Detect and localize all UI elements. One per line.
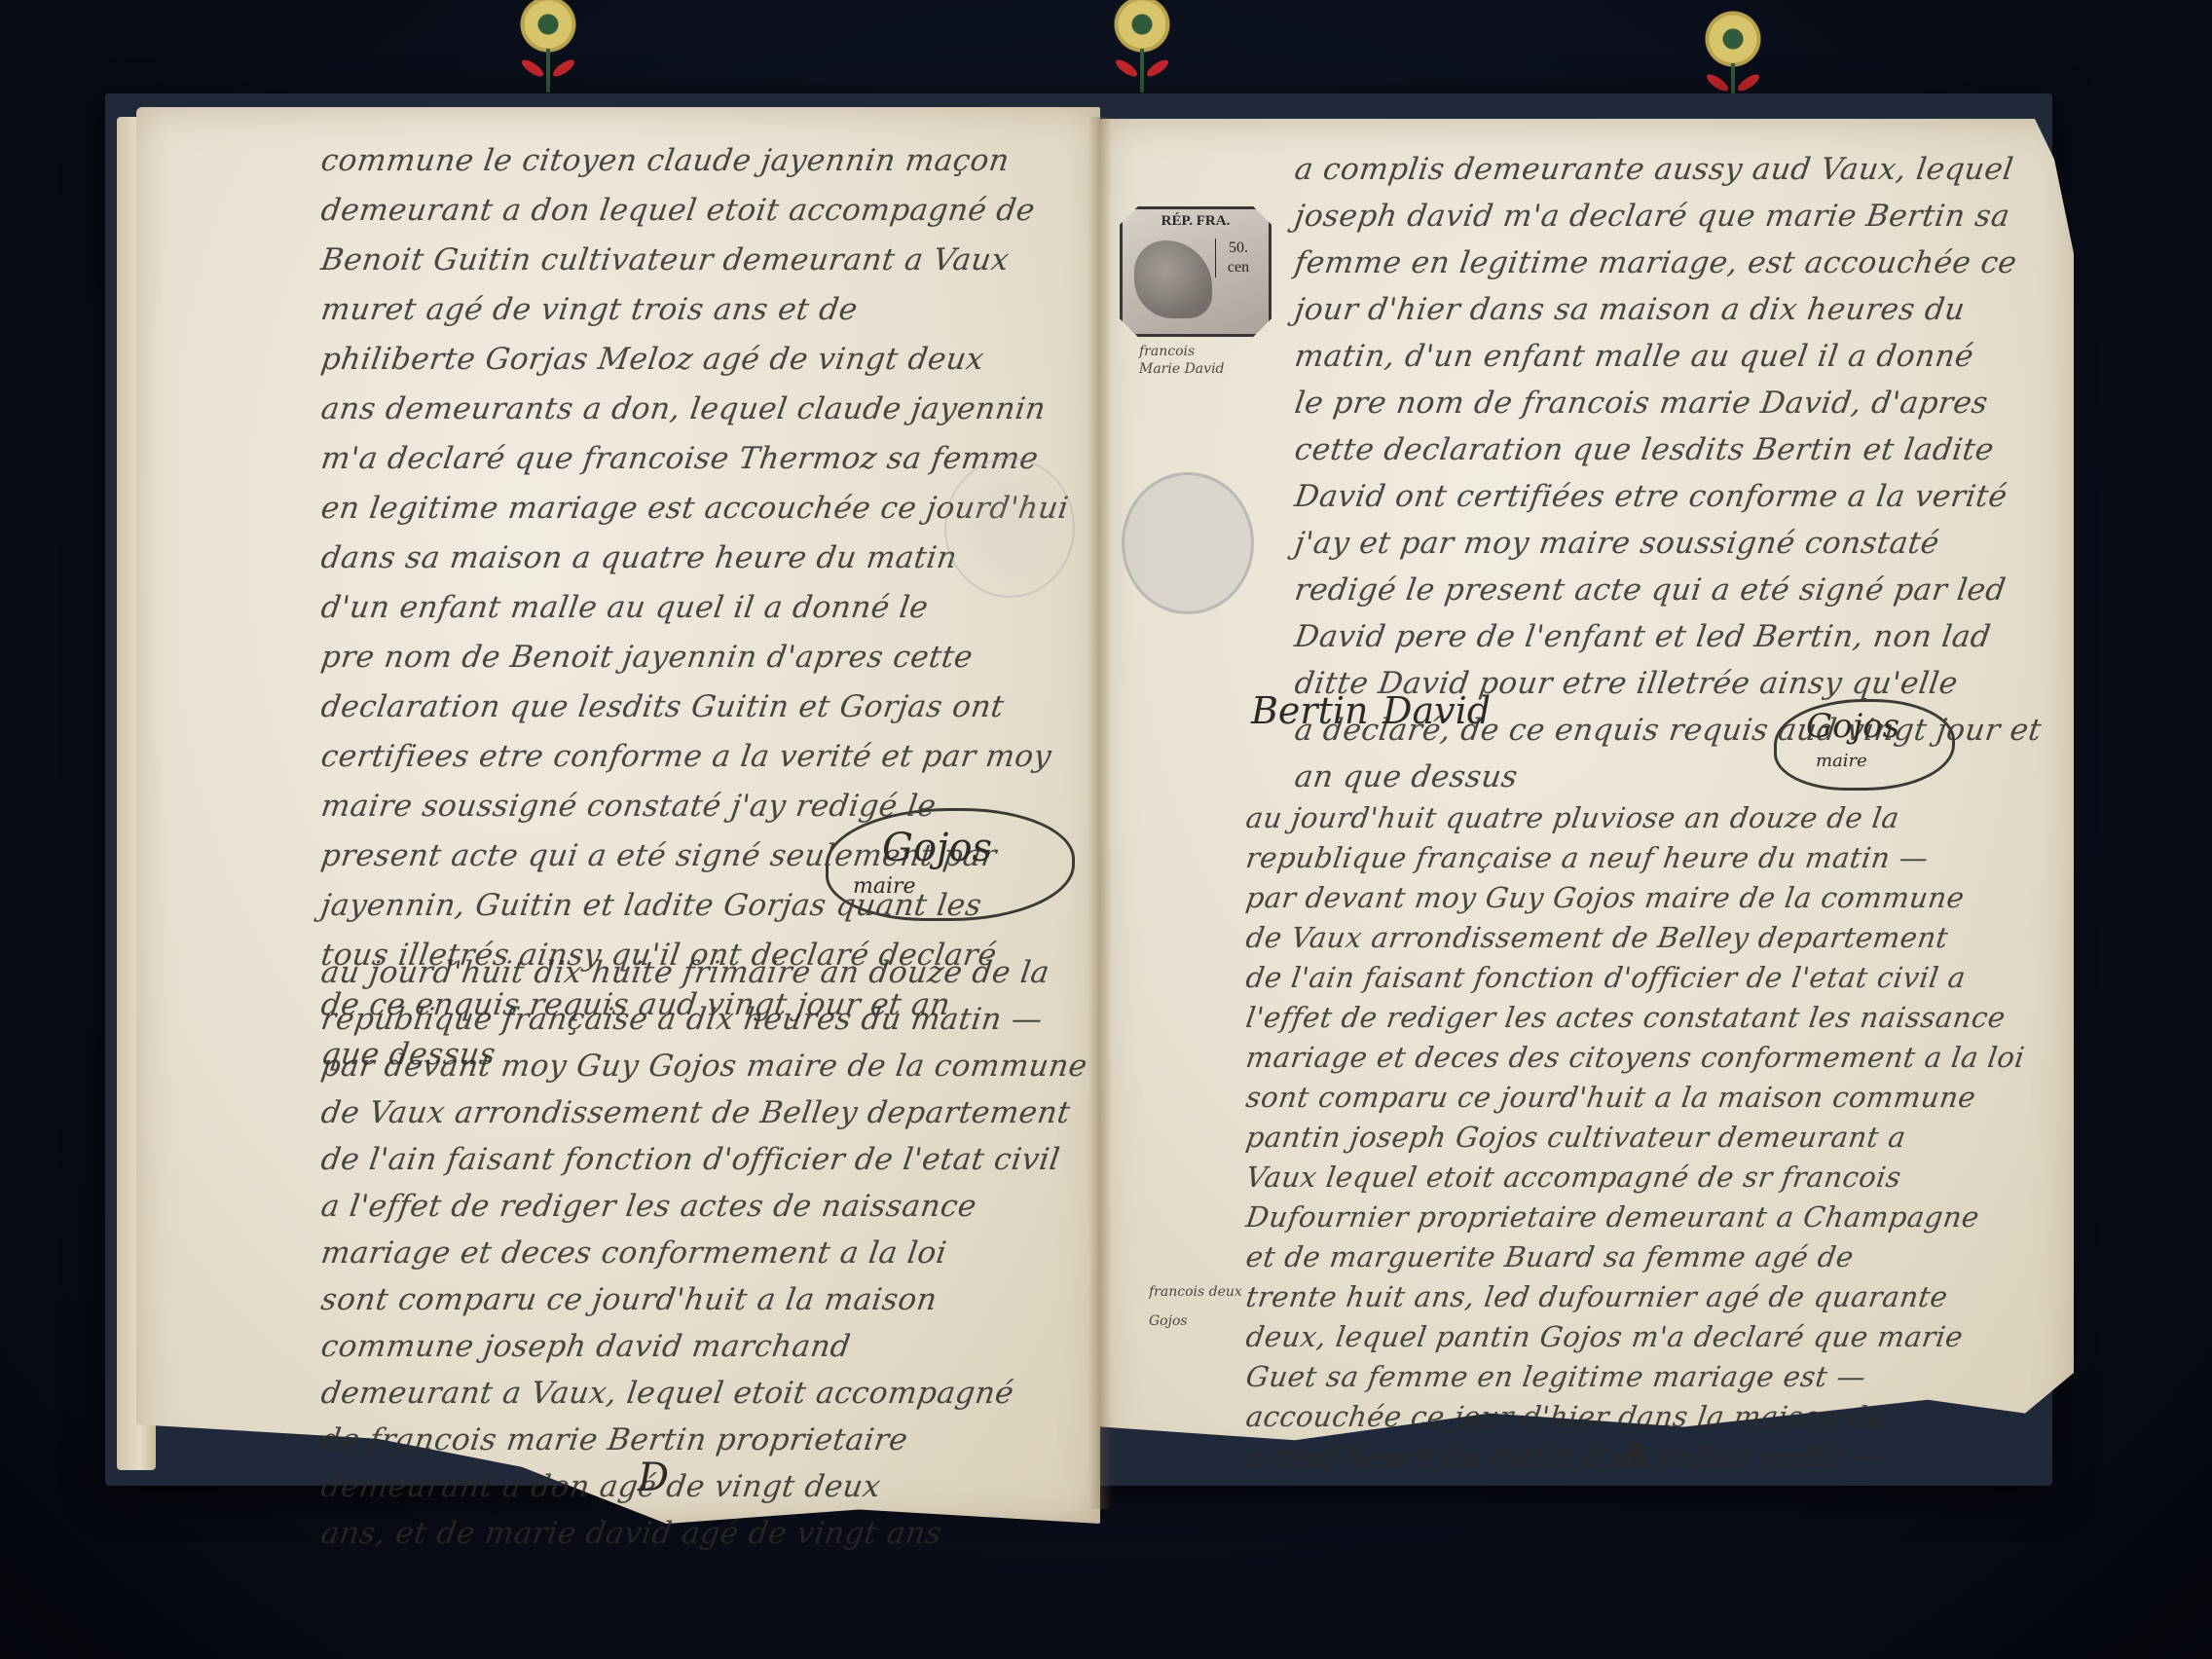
text-line: pre nom de Benoit jayennin d'apres cette <box>317 633 1072 682</box>
text-line: et de marguerite Buard sa femme agé de <box>1243 1237 2027 1277</box>
stamp-value-unit: cen <box>1216 258 1261 277</box>
text-line: republique française a dix heures du mat… <box>318 996 1090 1043</box>
flower-petals <box>1704 10 1762 68</box>
text-line: Benoit Guitin cultivateur demeurant a Va… <box>317 236 1072 285</box>
text-line: demeurant a Vaux, lequel etoit accompagn… <box>318 1370 1090 1417</box>
text-line: David ont certifiées etre conforme a la … <box>1292 473 2045 520</box>
text-line: matin, d'un enfant malle au quel il a do… <box>1292 333 2045 380</box>
text-line: par devant moy Guy Gojos maire de la com… <box>1243 878 2027 918</box>
text-line: deux, lequel pantin Gojos m'a declaré qu… <box>1243 1317 2027 1357</box>
text-line: au jourd'huit dix huite frimaire an douz… <box>318 949 1090 996</box>
text-line: le pre nom de francois marie David, d'ap… <box>1292 380 2045 426</box>
text-line: Vaux lequel etoit accompagné de sr franc… <box>1243 1158 2027 1198</box>
text-line: muret agé de vingt trois ans et de <box>317 285 1072 335</box>
text-line: j'ay et par moy maire soussigné constaté <box>1292 520 2045 567</box>
text-line: de francois marie Bertin proprietaire <box>318 1417 1090 1463</box>
stamp-header: RÉP. FRA. <box>1123 213 1269 230</box>
text-line: cette declaration que lesdits Bertin et … <box>1292 426 2045 473</box>
text-line: de l'ain faisant fonction d'officier de … <box>1243 958 2027 998</box>
left-entry-2-text: au jourd'huit dix huite frimaire an douz… <box>321 949 1088 1557</box>
text-line: femme en legitime mariage, est accouchée… <box>1292 240 2045 286</box>
flower-leaf <box>1113 56 1139 79</box>
text-line: David pere de l'enfant et led Bertin, no… <box>1292 613 2045 660</box>
stamp-value: 50. cen <box>1215 239 1261 277</box>
paraph-mark: R <box>1624 1439 1646 1473</box>
text-line: republique française a neuf heure du mat… <box>1243 838 2027 878</box>
signature-witness: Bertin <box>1251 689 1368 732</box>
text-line: a l'effet de rediger les actes de naissa… <box>318 1183 1090 1230</box>
text-line: m'a declaré que francoise Thermoz sa fem… <box>317 434 1072 484</box>
text-line: mariage et deces des citoyens conformeme… <box>1243 1038 2027 1078</box>
text-line: Guet sa femme en legitime mariage est — <box>1243 1357 2027 1397</box>
right-entry-2-text: au jourd'huit quatre pluviose an douze d… <box>1246 798 2024 1477</box>
text-line: ans demeurants a don, lequel claude jaye… <box>317 385 1072 434</box>
margin-note-bottom: francois deux Gojos <box>1149 1283 1242 1330</box>
margin-note-line: francois deux <box>1149 1283 1242 1301</box>
text-line: commune le citoyen claude jayennin maçon <box>317 136 1072 186</box>
text-line: de Vaux arrondissement de Belley departe… <box>1243 918 2027 958</box>
text-line: certifiees etre conforme a la verité et … <box>317 732 1072 782</box>
signature-title: maire <box>853 874 916 899</box>
text-line: de l'ain faisant fonction d'officier de … <box>318 1136 1090 1183</box>
text-line: ans, et de marie david agé de vingt ans <box>318 1510 1090 1557</box>
text-line: de Vaux arrondissement de Belley departe… <box>318 1089 1090 1136</box>
flower-leaf <box>1735 71 1761 93</box>
text-line: accouchée ce jour d'hier dans la maison … <box>1243 1397 2027 1437</box>
text-line: demeurant a don agé de vingt deux <box>318 1463 1090 1510</box>
signature-title: maire <box>1816 751 1867 771</box>
text-line: trente huit ans, led dufournier agé de q… <box>1243 1277 2027 1317</box>
text-line: mariage et deces conformement a la loi <box>318 1230 1090 1276</box>
text-line: d'un enfant malle au quel il a donné le <box>317 583 1072 633</box>
cloth-flower-decoration <box>1108 0 1176 102</box>
text-line: philiberte Gorjas Meloz agé de vingt deu… <box>317 335 1072 385</box>
left-entry-1-text: commune le citoyen claude jayennin maçon… <box>321 136 1068 1080</box>
text-line: commune joseph david marchand <box>318 1323 1090 1370</box>
stamp-value-amount: 50. <box>1216 239 1261 258</box>
text-line: sont comparu ce jourd'huit a la maison <box>318 1276 1090 1323</box>
margin-note-line: Gojos <box>1149 1312 1242 1330</box>
cloth-flower-decoration <box>514 0 582 102</box>
embossed-seal-faint <box>944 458 1075 598</box>
text-line: sont comparu ce jourd'huit a la maison c… <box>1243 1078 2027 1118</box>
flower-leaf <box>1144 56 1170 79</box>
text-line: pantin joseph Gojos cultivateur demeuran… <box>1243 1118 2027 1158</box>
allegorical-figure-icon <box>1134 240 1212 318</box>
flower-petals <box>1113 0 1171 54</box>
flower-stem <box>1140 49 1144 92</box>
mayor-signature-left: Gojos maire <box>826 808 1075 921</box>
text-line: l'effet de rediger les actes constatant … <box>1243 998 2027 1038</box>
fiscal-stamp: RÉP. FRA. 50. cen <box>1120 206 1272 337</box>
mayor-signature-right: Gojos maire <box>1774 699 1955 791</box>
flower-stem <box>546 49 550 92</box>
book-gutter <box>1088 117 1112 1509</box>
signature-name: Gojos <box>882 826 992 870</box>
flower-leaf <box>1704 71 1730 93</box>
text-line: a complis demeurante aussy aud Vaux, leq… <box>1292 146 2045 193</box>
signature-name: Gojos <box>1806 707 1899 746</box>
text-line: par devant moy Guy Gojos maire de la com… <box>318 1043 1090 1089</box>
text-line: declaration que lesdits Guitin et Gorjas… <box>317 682 1072 732</box>
text-line: demeurant a don lequel etoit accompagné … <box>317 186 1072 236</box>
text-line: au jourd'huit quatre pluviose an douze d… <box>1243 798 2027 838</box>
paraph-mark: D <box>638 1456 669 1500</box>
flower-leaf <box>519 56 545 79</box>
signature-father: David <box>1382 689 1491 732</box>
flower-leaf <box>550 56 576 79</box>
margin-note-top: francois Marie David <box>1139 343 1227 378</box>
text-line: redigé le present acte qui a eté signé p… <box>1292 567 2045 613</box>
embossed-seal <box>1122 472 1254 614</box>
text-line: joseph david m'a declaré que marie Berti… <box>1292 193 2045 240</box>
flower-petals <box>519 0 577 54</box>
text-line: jour d'hier dans sa maison a dix heures … <box>1292 286 2045 333</box>
text-line: Dufournier proprietaire demeurant a Cham… <box>1243 1198 2027 1237</box>
